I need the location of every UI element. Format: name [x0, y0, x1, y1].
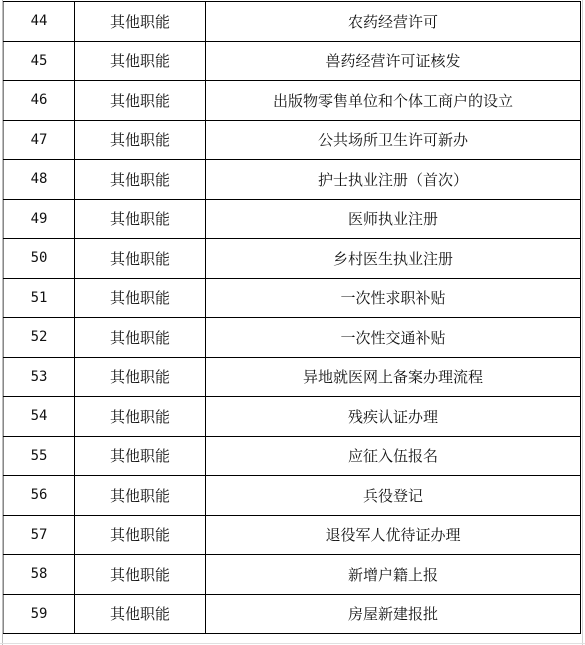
- table-row: 45其他职能兽药经营许可证核发: [4, 41, 581, 81]
- category-cell[interactable]: 其他职能: [75, 594, 206, 634]
- table-row: 56其他职能兵役登记: [4, 476, 581, 516]
- row-number-cell[interactable]: 55: [4, 436, 75, 476]
- service-item-cell[interactable]: 公共场所卫生许可新办: [206, 120, 581, 160]
- service-item-cell[interactable]: 房屋新建报批: [206, 594, 581, 634]
- category-cell[interactable]: 其他职能: [75, 476, 206, 516]
- category-cell[interactable]: 其他职能: [75, 81, 206, 121]
- category-cell[interactable]: 其他职能: [75, 555, 206, 595]
- service-item-cell[interactable]: 护士执业注册（首次）: [206, 160, 581, 200]
- service-item-cell[interactable]: 兽药经营许可证核发: [206, 41, 581, 81]
- service-item-cell[interactable]: 异地就医网上备案办理流程: [206, 357, 581, 397]
- gridline-bottom: [0, 643, 585, 644]
- service-item-cell[interactable]: 兵役登记: [206, 476, 581, 516]
- category-cell[interactable]: 其他职能: [75, 515, 206, 555]
- category-cell[interactable]: 其他职能: [75, 160, 206, 200]
- table-row: 58其他职能新增户籍上报: [4, 555, 581, 595]
- service-item-cell[interactable]: 残疾认证办理: [206, 397, 581, 437]
- category-cell[interactable]: 其他职能: [75, 357, 206, 397]
- service-item-cell[interactable]: 出版物零售单位和个体工商户的设立: [206, 81, 581, 121]
- service-item-cell[interactable]: 一次性求职补贴: [206, 278, 581, 318]
- row-number-cell[interactable]: 59: [4, 594, 75, 634]
- table-row: 48其他职能护士执业注册（首次）: [4, 160, 581, 200]
- category-cell[interactable]: 其他职能: [75, 199, 206, 239]
- category-cell[interactable]: 其他职能: [75, 2, 206, 42]
- category-cell[interactable]: 其他职能: [75, 436, 206, 476]
- row-number-cell[interactable]: 52: [4, 318, 75, 358]
- category-cell[interactable]: 其他职能: [75, 120, 206, 160]
- row-number-cell[interactable]: 50: [4, 239, 75, 279]
- table-row: 47其他职能公共场所卫生许可新办: [4, 120, 581, 160]
- row-number-cell[interactable]: 45: [4, 41, 75, 81]
- category-cell[interactable]: 其他职能: [75, 278, 206, 318]
- table-row: 44其他职能农药经营许可: [4, 2, 581, 42]
- row-number-cell[interactable]: 58: [4, 555, 75, 595]
- table-body: 44其他职能农药经营许可 45其他职能兽药经营许可证核发 46其他职能出版物零售…: [4, 2, 581, 634]
- table-row: 49其他职能医师执业注册: [4, 199, 581, 239]
- row-number-cell[interactable]: 47: [4, 120, 75, 160]
- category-cell[interactable]: 其他职能: [75, 397, 206, 437]
- category-cell[interactable]: 其他职能: [75, 318, 206, 358]
- service-item-cell[interactable]: 应征入伍报名: [206, 436, 581, 476]
- row-number-cell[interactable]: 46: [4, 81, 75, 121]
- row-number-cell[interactable]: 56: [4, 476, 75, 516]
- service-item-cell[interactable]: 一次性交通补贴: [206, 318, 581, 358]
- row-number-cell[interactable]: 44: [4, 2, 75, 42]
- row-number-cell[interactable]: 48: [4, 160, 75, 200]
- table-row: 54其他职能残疾认证办理: [4, 397, 581, 437]
- service-item-cell[interactable]: 乡村医生执业注册: [206, 239, 581, 279]
- row-number-cell[interactable]: 54: [4, 397, 75, 437]
- table-row: 57其他职能退役军人优待证办理: [4, 515, 581, 555]
- category-cell[interactable]: 其他职能: [75, 239, 206, 279]
- table-row: 51其他职能一次性求职补贴: [4, 278, 581, 318]
- row-number-cell[interactable]: 51: [4, 278, 75, 318]
- gridline-right: [582, 0, 583, 645]
- table-row: 53其他职能异地就医网上备案办理流程: [4, 357, 581, 397]
- service-item-cell[interactable]: 退役军人优待证办理: [206, 515, 581, 555]
- service-item-cell[interactable]: 医师执业注册: [206, 199, 581, 239]
- table-row: 46其他职能出版物零售单位和个体工商户的设立: [4, 81, 581, 121]
- table-row: 55其他职能应征入伍报名: [4, 436, 581, 476]
- service-item-cell[interactable]: 农药经营许可: [206, 2, 581, 42]
- services-table: 44其他职能农药经营许可 45其他职能兽药经营许可证核发 46其他职能出版物零售…: [3, 1, 581, 634]
- row-number-cell[interactable]: 53: [4, 357, 75, 397]
- service-item-cell[interactable]: 新增户籍上报: [206, 555, 581, 595]
- row-number-cell[interactable]: 49: [4, 199, 75, 239]
- category-cell[interactable]: 其他职能: [75, 41, 206, 81]
- table-row: 50其他职能乡村医生执业注册: [4, 239, 581, 279]
- spreadsheet-view: 44其他职能农药经营许可 45其他职能兽药经营许可证核发 46其他职能出版物零售…: [0, 0, 585, 645]
- table-row: 52其他职能一次性交通补贴: [4, 318, 581, 358]
- table-row: 59其他职能房屋新建报批: [4, 594, 581, 634]
- row-number-cell[interactable]: 57: [4, 515, 75, 555]
